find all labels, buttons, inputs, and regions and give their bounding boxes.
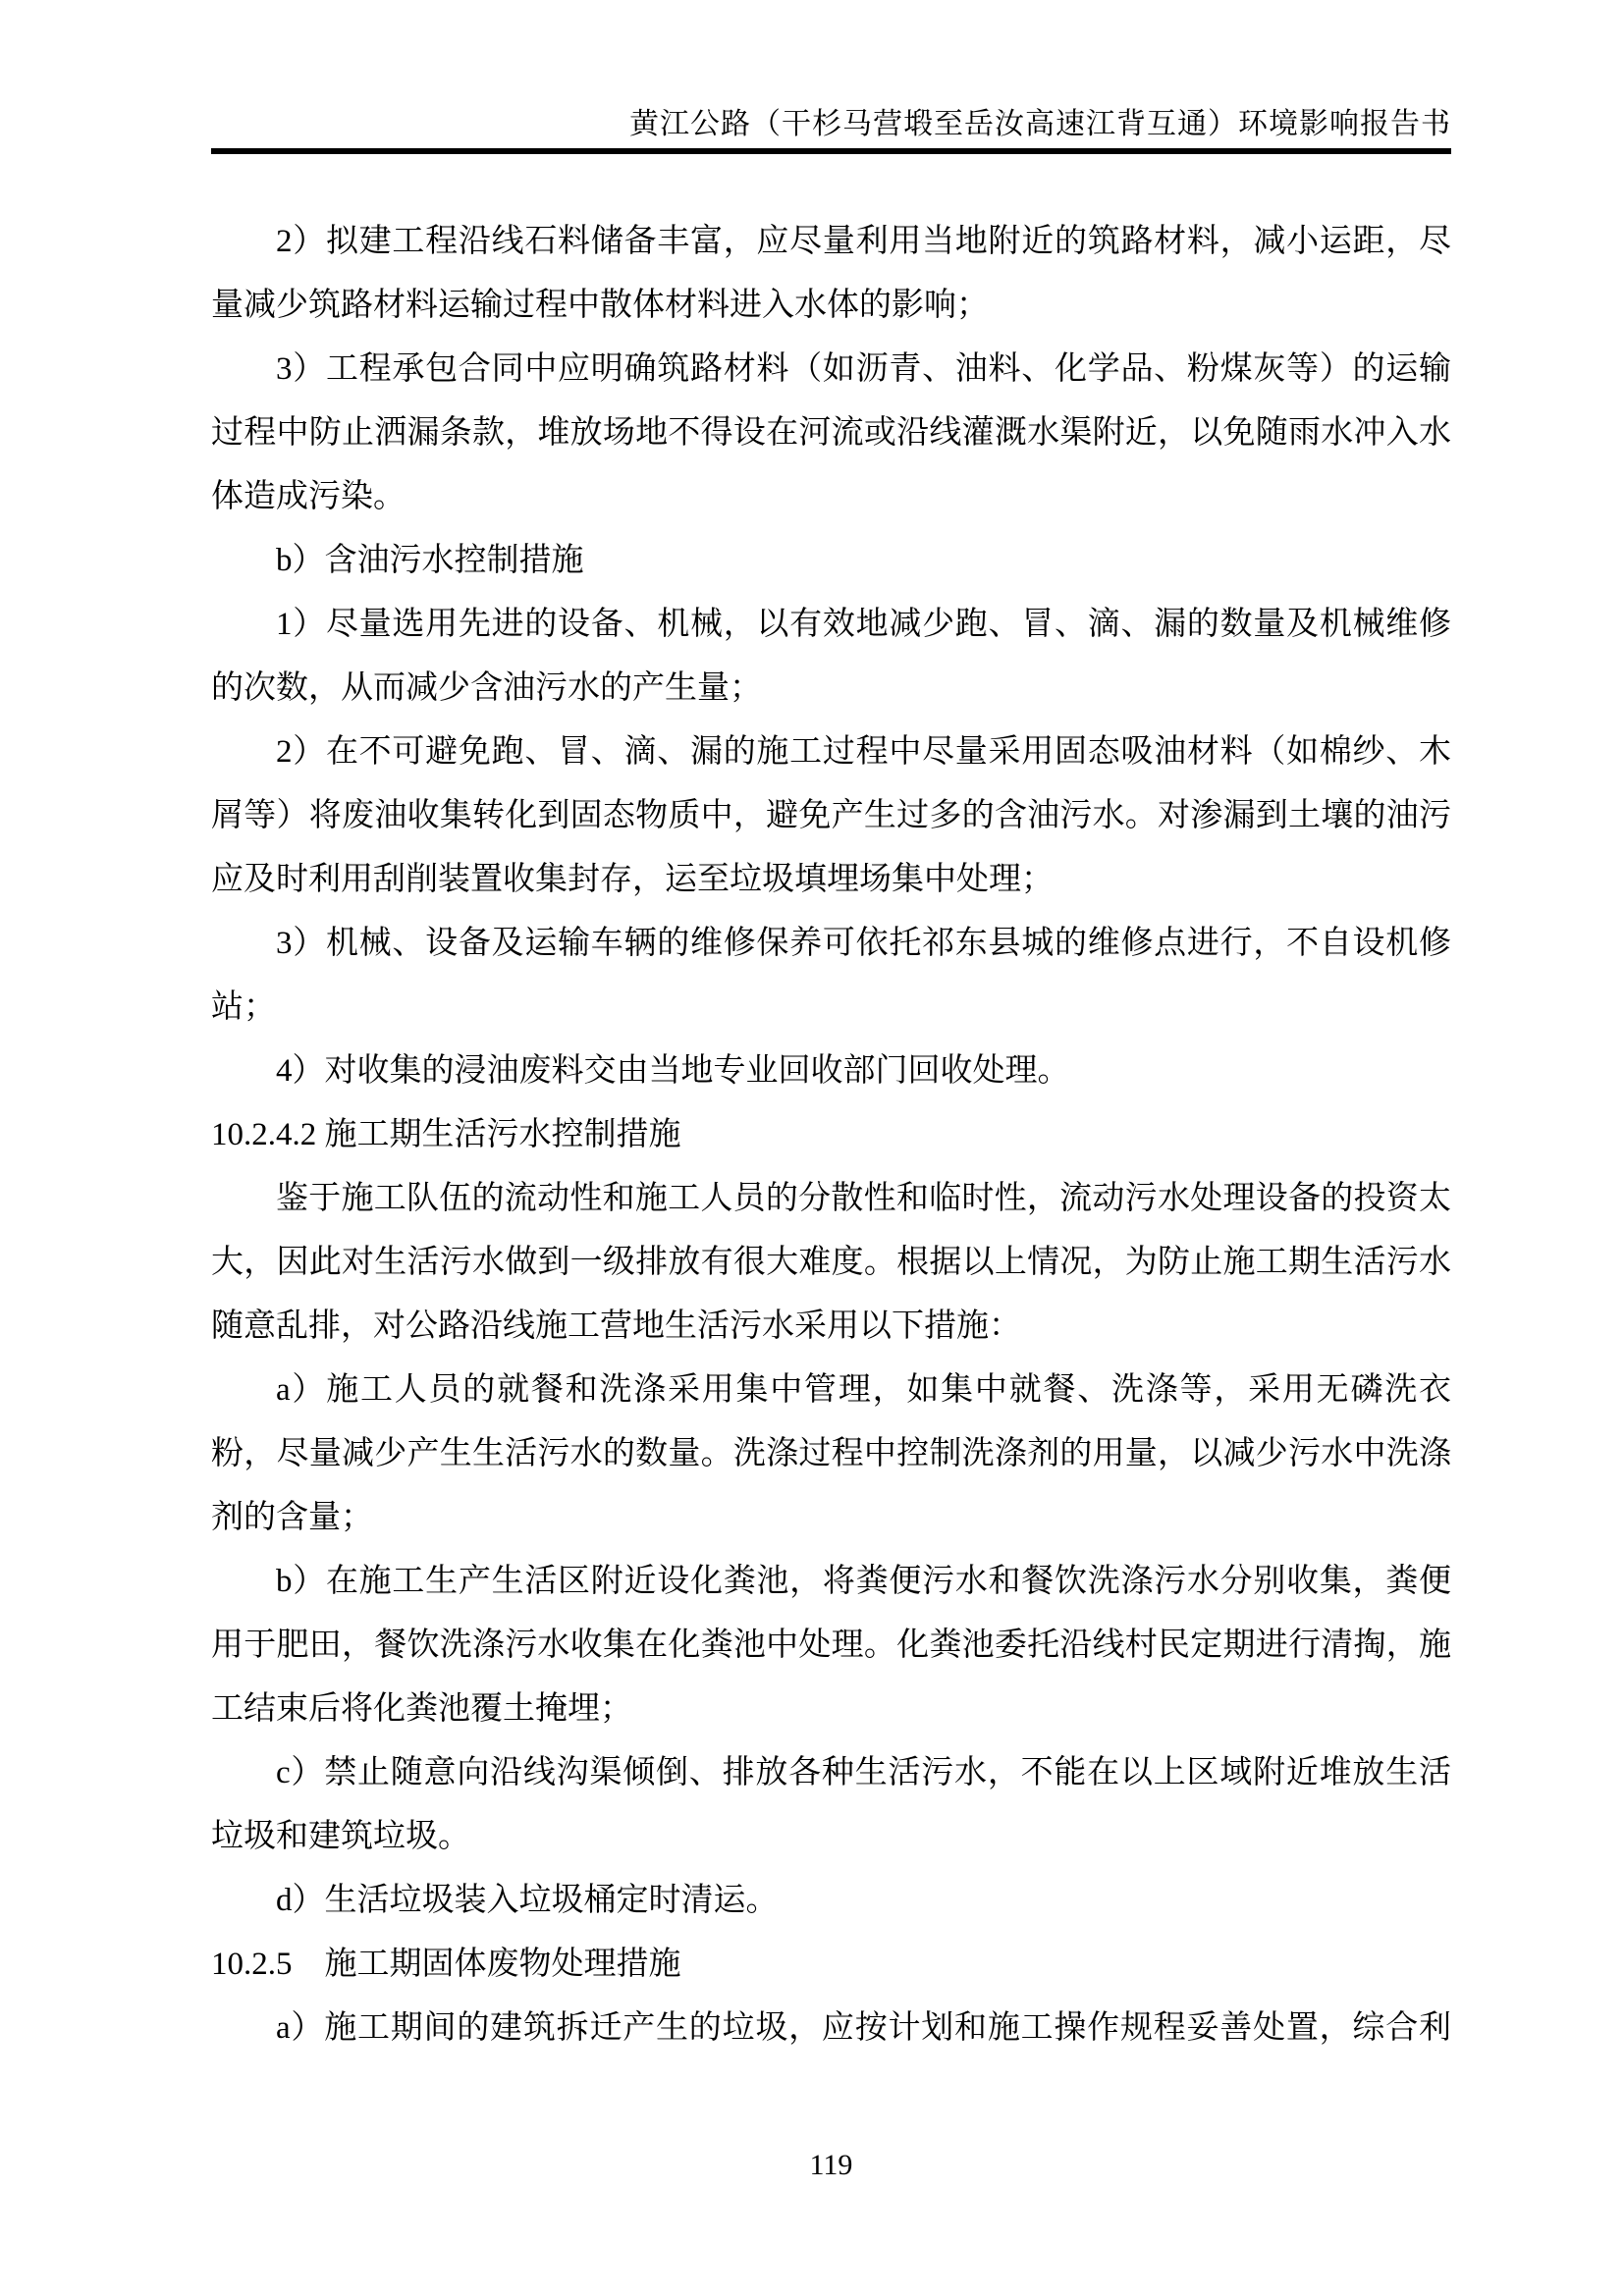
header-rule — [211, 148, 1451, 154]
paragraph: a）施工期间的建筑拆迁产生的垃圾，应按计划和施工操作规程妥善处置，综合利 — [211, 1997, 1451, 2060]
paragraph: 3）机械、设备及运输车辆的维修保养可依托祁东县城的维修点进行，不自设机修站； — [211, 912, 1451, 1040]
paragraph: a）施工人员的就餐和洗涤采用集中管理，如集中就餐、洗涤等，采用无磷洗衣粉，尽量减… — [211, 1359, 1451, 1550]
paragraph: 2）在不可避免跑、冒、滴、漏的施工过程中尽量采用固态吸油材料（如棉纱、木屑等）将… — [211, 721, 1451, 912]
paragraph: 2）拟建工程沿线石料储备丰富，应尽量利用当地附近的筑路材料，减小运距，尽量减少筑… — [211, 210, 1451, 338]
section-heading-10-2-4-2: 10.2.4.2 施工期生活污水控制措施 — [211, 1103, 1451, 1167]
page-header-title: 黄江公路（干杉马营塅至岳汝高速江背互通）环境影响报告书 — [211, 106, 1451, 143]
paragraph: 4）对收集的浸油废料交由当地专业回收部门回收处理。 — [211, 1040, 1451, 1103]
section-heading-10-2-5: 10.2.5 施工期固体废物处理措施 — [211, 1933, 1451, 1997]
document-body: 2）拟建工程沿线石料储备丰富，应尽量利用当地附近的筑路材料，减小运距，尽量减少筑… — [211, 210, 1451, 2060]
paragraph: b）在施工生产生活区附近设化粪池，将粪便污水和餐饮洗涤污水分别收集，粪便用于肥田… — [211, 1550, 1451, 1741]
paragraph: 3）工程承包合同中应明确筑路材料（如沥青、油料、化学品、粉煤灰等）的运输过程中防… — [211, 338, 1451, 529]
paragraph: 鉴于施工队伍的流动性和施工人员的分散性和临时性，流动污水处理设备的投资太大，因此… — [211, 1167, 1451, 1359]
page-footer: 119 — [211, 2146, 1451, 2185]
document-page: 黄江公路（干杉马营塅至岳汝高速江背互通）环境影响报告书 2）拟建工程沿线石料储备… — [0, 0, 1624, 2296]
page-number: 119 — [810, 2149, 853, 2181]
paragraph: 1）尽量选用先进的设备、机械，以有效地减少跑、冒、滴、漏的数量及机械维修的次数，… — [211, 593, 1451, 721]
paragraph: c）禁止随意向沿线沟渠倾倒、排放各种生活污水，不能在以上区域附近堆放生活垃圾和建… — [211, 1741, 1451, 1869]
paragraph: b）含油污水控制措施 — [211, 529, 1451, 593]
paragraph: d）生活垃圾装入垃圾桶定时清运。 — [211, 1869, 1451, 1933]
